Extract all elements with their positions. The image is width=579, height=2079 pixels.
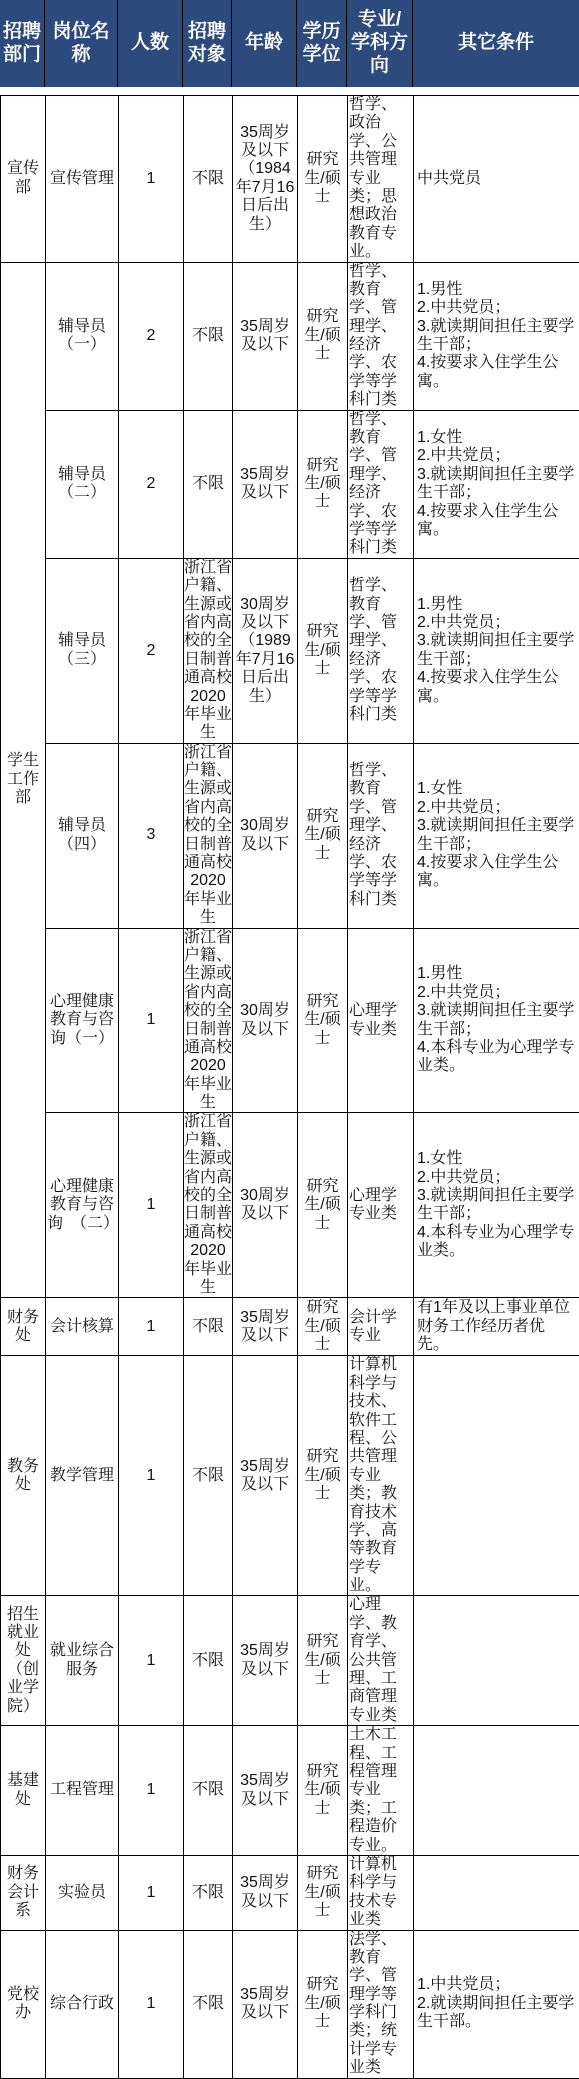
cell-position: 辅导员 （四） bbox=[46, 743, 119, 928]
cell-age: 35周岁及以下 bbox=[233, 1930, 298, 2078]
cell-major: 法学、教育学、管理学等学科门类；统计学专业类 bbox=[348, 1930, 414, 2078]
cell-count: 2 bbox=[119, 410, 184, 558]
cell-other bbox=[414, 1596, 579, 1726]
table-row: 辅导员 （二） 2 不限 35周岁及以下 研究生/硕士 哲学、教育学、管理学、经… bbox=[1, 410, 579, 558]
cell-age: 35周岁及以下 bbox=[233, 1855, 298, 1930]
cell-count: 1 bbox=[119, 1855, 184, 1930]
cell-degree: 研究生/硕士 bbox=[298, 928, 348, 1113]
table-row: 辅导员 （四） 3 浙江省户籍、生源或省内高校的全日制普通高校2020年毕业生 … bbox=[1, 743, 579, 928]
cell-position: 心理健康教育与咨询 （二） bbox=[46, 1113, 119, 1298]
cell-age: 30周岁及以下 bbox=[233, 743, 298, 928]
cell-degree: 研究生/硕士 bbox=[298, 1726, 348, 1856]
cell-age: 30周岁及以下 bbox=[233, 1113, 298, 1298]
cell-position: 综合行政 bbox=[46, 1930, 119, 2078]
cell-age: 35周岁及以下 bbox=[233, 1596, 298, 1726]
cell-target: 浙江省户籍、生源或省内高校的全日制普通高校2020年毕业生 bbox=[184, 1113, 233, 1298]
cell-major: 哲学、政治学、公共管理专业类；思想政治教育专业。 bbox=[348, 96, 414, 263]
cell-degree: 研究生/硕士 bbox=[298, 1596, 348, 1726]
table-row: 辅导员 （三） 2 浙江省户籍、生源或省内高校的全日制普通高校2020年毕业生 … bbox=[1, 558, 579, 743]
header-cell-age: 年龄 bbox=[232, 0, 297, 87]
recruitment-table-page: 招聘部门 岗位名称 人数 招聘对象 年龄 学历学位 专业/ 学科方向 其它条件 … bbox=[0, 0, 579, 2079]
cell-target: 不限 bbox=[184, 1356, 233, 1596]
cell-count: 1 bbox=[119, 1726, 184, 1856]
cell-major: 哲学、教育学、管理学、经济学、农学等学科门类 bbox=[348, 262, 414, 410]
cell-other bbox=[414, 1726, 579, 1856]
cell-major: 土木工程、工程管理专业类；工程造价专业。 bbox=[348, 1726, 414, 1856]
header-cell-count: 人数 bbox=[118, 0, 183, 87]
cell-count: 2 bbox=[119, 262, 184, 410]
cell-other: 1.女性 2.中共党员； 3.就读期间担任主要学生干部； 4.按要求入住学生公寓… bbox=[414, 410, 579, 558]
cell-department: 宣传部 bbox=[1, 96, 46, 263]
cell-other: 1.男性 2.中共党员； 3.就读期间担任主要学生干部； 4.按要求入住学生公寓… bbox=[414, 262, 579, 410]
cell-degree: 研究生/硕士 bbox=[298, 1356, 348, 1596]
table-row: 教务处 教学管理 1 不限 35周岁及以下 研究生/硕士 计算机科学与技术、软件… bbox=[1, 1356, 579, 1596]
cell-position: 教学管理 bbox=[46, 1356, 119, 1596]
cell-age: 35周岁及以下 bbox=[233, 1356, 298, 1596]
header-cell-position: 岗位名称 bbox=[45, 0, 118, 87]
cell-other: 1.女性 2.中共党员； 3.就读期间担任主要学生干部； 4.本科专业为心理学专… bbox=[414, 1113, 579, 1298]
cell-target: 浙江省户籍、生源或省内高校的全日制普通高校2020年毕业生 bbox=[184, 558, 233, 743]
cell-other: 1.中共党员； 2.就读期间担任主要学生干部。 bbox=[414, 1930, 579, 2078]
cell-count: 1 bbox=[119, 1113, 184, 1298]
table-row: 财务会计系 实验员 1 不限 35周岁及以下 研究生/硕士 计算机科学与技术专业… bbox=[1, 1855, 579, 1930]
cell-count: 1 bbox=[119, 1298, 184, 1356]
header-cell-major: 专业/ 学科方向 bbox=[347, 0, 413, 87]
cell-degree: 研究生/硕士 bbox=[298, 1930, 348, 2078]
cell-major: 心理学专业类 bbox=[348, 928, 414, 1113]
cell-target: 浙江省户籍、生源或省内高校的全日制普通高校2020年毕业生 bbox=[184, 743, 233, 928]
cell-degree: 研究生/硕士 bbox=[298, 262, 348, 410]
cell-department: 教务处 bbox=[1, 1356, 46, 1596]
table-row: 宣传部 宣传管理 1 不限 35周岁及以下（1984年7月16日后出生） 研究生… bbox=[1, 96, 579, 263]
table-row: 财务处 会计核算 1 不限 35周岁及以下 研究生/硕士 会计学专业 有1年及以… bbox=[1, 1298, 579, 1356]
cell-count: 2 bbox=[119, 558, 184, 743]
cell-position: 辅导员 （二） bbox=[46, 410, 119, 558]
cell-count: 1 bbox=[119, 928, 184, 1113]
cell-position: 辅导员 （一） bbox=[46, 262, 119, 410]
cell-age: 30周岁及以下（1989年7月16日后出生） bbox=[233, 558, 298, 743]
cell-department: 财务会计系 bbox=[1, 1855, 46, 1930]
cell-position: 就业综合服务 bbox=[46, 1596, 119, 1726]
table-row: 基建处 工程管理 1 不限 35周岁及以下 研究生/硕士 土木工程、工程管理专业… bbox=[1, 1726, 579, 1856]
cell-degree: 研究生/硕士 bbox=[298, 743, 348, 928]
table-header-row: 招聘部门 岗位名称 人数 招聘对象 年龄 学历学位 专业/ 学科方向 其它条件 bbox=[0, 0, 579, 87]
cell-position: 宣传管理 bbox=[46, 96, 119, 263]
cell-target: 不限 bbox=[184, 1726, 233, 1856]
cell-target: 浙江省户籍、生源或省内高校的全日制普通高校2020年毕业生 bbox=[184, 928, 233, 1113]
cell-target: 不限 bbox=[184, 96, 233, 263]
cell-target: 不限 bbox=[184, 1930, 233, 2078]
cell-department: 学生工作部 bbox=[1, 262, 46, 1298]
cell-position: 实验员 bbox=[46, 1855, 119, 1930]
cell-major: 心理学、教育学、公共管理、工商管理专业类 bbox=[348, 1596, 414, 1726]
recruitment-table: 宣传部 宣传管理 1 不限 35周岁及以下（1984年7月16日后出生） 研究生… bbox=[0, 95, 579, 2079]
cell-target: 不限 bbox=[184, 1298, 233, 1356]
cell-department: 基建处 bbox=[1, 1726, 46, 1856]
cell-department: 财务处 bbox=[1, 1298, 46, 1356]
cell-other: 有1年及以上事业单位财务工作经历者优先。 bbox=[414, 1298, 579, 1356]
header-cell-target: 招聘对象 bbox=[183, 0, 232, 87]
cell-other: 1.男性 2.中共党员； 3.就读期间担任主要学生干部； 4.按要求入住学生公寓… bbox=[414, 558, 579, 743]
cell-target: 不限 bbox=[184, 1855, 233, 1930]
table-row: 招生就业处 （创业学院） 就业综合服务 1 不限 35周岁及以下 研究生/硕士 … bbox=[1, 1596, 579, 1726]
cell-department: 党校办 bbox=[1, 1930, 46, 2078]
cell-other: 1.男性 2.中共党员； 3.就读期间担任主要学生干部； 4.本科专业为心理学专… bbox=[414, 928, 579, 1113]
cell-count: 1 bbox=[119, 1356, 184, 1596]
cell-department: 招生就业处 （创业学院） bbox=[1, 1596, 46, 1726]
cell-count: 1 bbox=[119, 1930, 184, 2078]
cell-degree: 研究生/硕士 bbox=[298, 1855, 348, 1930]
table-row: 党校办 综合行政 1 不限 35周岁及以下 研究生/硕士 法学、教育学、管理学等… bbox=[1, 1930, 579, 2078]
cell-degree: 研究生/硕士 bbox=[298, 1113, 348, 1298]
header-cell-department: 招聘部门 bbox=[0, 0, 45, 87]
cell-age: 35周岁及以下 bbox=[233, 410, 298, 558]
header-cell-degree: 学历学位 bbox=[297, 0, 347, 87]
cell-position: 辅导员 （三） bbox=[46, 558, 119, 743]
cell-position: 心理健康教育与咨询（一） bbox=[46, 928, 119, 1113]
header-body-gap bbox=[0, 87, 579, 95]
cell-major: 会计学专业 bbox=[348, 1298, 414, 1356]
cell-age: 30周岁及以下 bbox=[233, 928, 298, 1113]
cell-target: 不限 bbox=[184, 262, 233, 410]
cell-count: 1 bbox=[119, 1596, 184, 1726]
cell-position: 工程管理 bbox=[46, 1726, 119, 1856]
cell-major: 哲学、教育学、管理学、经济学、农学等学科门类 bbox=[348, 410, 414, 558]
cell-degree: 研究生/硕士 bbox=[298, 1298, 348, 1356]
cell-degree: 研究生/硕士 bbox=[298, 410, 348, 558]
table-row: 心理健康教育与咨询（一） 1 浙江省户籍、生源或省内高校的全日制普通高校2020… bbox=[1, 928, 579, 1113]
cell-age: 35周岁及以下 bbox=[233, 262, 298, 410]
cell-other: 中共党员 bbox=[414, 96, 579, 263]
cell-target: 不限 bbox=[184, 1596, 233, 1726]
cell-major: 哲学、教育学、管理学、经济学、农学等学科门类 bbox=[348, 558, 414, 743]
cell-other bbox=[414, 1855, 579, 1930]
cell-major: 计算机科学与技术专业类 bbox=[348, 1855, 414, 1930]
cell-major: 哲学、教育学、管理学、经济学、农学等学科门类 bbox=[348, 743, 414, 928]
cell-count: 1 bbox=[119, 96, 184, 263]
cell-age: 35周岁及以下 bbox=[233, 1726, 298, 1856]
cell-other: 1.女性 2.中共党员； 3.就读期间担任主要学生干部； 4.按要求入住学生公寓… bbox=[414, 743, 579, 928]
cell-count: 3 bbox=[119, 743, 184, 928]
cell-degree: 研究生/硕士 bbox=[298, 96, 348, 263]
table-row: 学生工作部 辅导员 （一） 2 不限 35周岁及以下 研究生/硕士 哲学、教育学… bbox=[1, 262, 579, 410]
cell-major: 心理学专业类 bbox=[348, 1113, 414, 1298]
cell-other bbox=[414, 1356, 579, 1596]
cell-major: 计算机科学与技术、软件工程、公共管理专业类；教育技术学、高等教育学专业。 bbox=[348, 1356, 414, 1596]
cell-age: 35周岁及以下 bbox=[233, 1298, 298, 1356]
cell-position: 会计核算 bbox=[46, 1298, 119, 1356]
cell-degree: 研究生/硕士 bbox=[298, 558, 348, 743]
cell-target: 不限 bbox=[184, 410, 233, 558]
table-row: 心理健康教育与咨询 （二） 1 浙江省户籍、生源或省内高校的全日制普通高校202… bbox=[1, 1113, 579, 1298]
cell-age: 35周岁及以下（1984年7月16日后出生） bbox=[233, 96, 298, 263]
header-cell-other: 其它条件 bbox=[413, 0, 579, 87]
